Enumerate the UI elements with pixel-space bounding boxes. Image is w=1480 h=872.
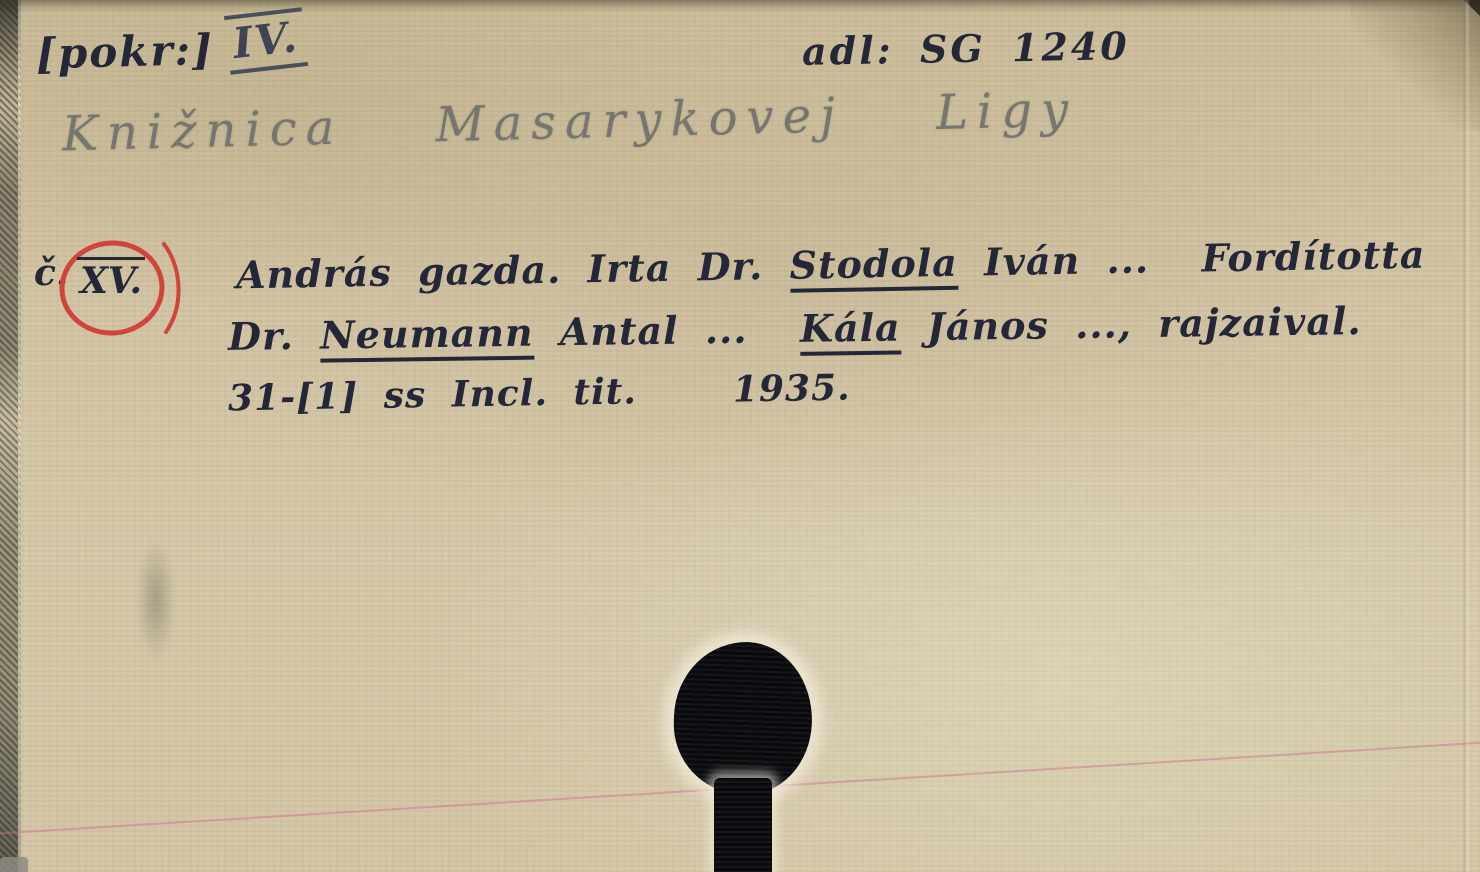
corner-shadow-top-right	[1350, 0, 1480, 130]
continuation-note: [pokr:]IV.	[35, 18, 306, 84]
illustrator-forename-and-note: János ..., rajzaival.	[900, 298, 1362, 349]
catalog-card: [pokr:]IV. adl: SG 1240 Knižnica Masaryk…	[0, 0, 1480, 872]
library-name-pencil-note: Knižnica Masarykovej Ligy	[61, 82, 1077, 163]
author-forename-and-translator-label: Iván ... Fordította	[957, 232, 1425, 285]
continuation-bracket: [pokr:]	[35, 25, 214, 79]
translator-forename: Antal ...	[533, 306, 800, 355]
entry-line-1: András gazda. Irta Dr. Stodola Iván ... …	[236, 232, 1426, 298]
corner-artifact-bottom-left	[0, 857, 28, 872]
entry-line-3: 31-[1] ss Incl. tit.1935.	[228, 367, 851, 420]
item-number: XV.	[72, 260, 150, 302]
paper-crease-right	[1462, 0, 1470, 872]
illustrator-surname-underlined: Kála	[800, 305, 901, 356]
scan-edge-left	[0, 0, 21, 872]
translator-surname-underlined: Neumann	[320, 310, 534, 363]
scan-edge-top	[0, 0, 1480, 13]
publication-year: 1935.	[733, 367, 851, 411]
red-circled-item-number: XV.	[56, 234, 200, 342]
collation-statement: 31-[1] ss Incl. tit.	[228, 370, 638, 419]
entry-line-2: Dr. Neumann Antal ... Kála János ..., ra…	[228, 298, 1362, 359]
volume-numeral: IV.	[224, 7, 308, 74]
translator-title: Dr.	[228, 313, 321, 359]
title-statement: András gazda. Irta Dr.	[236, 243, 790, 298]
punch-hole-slot	[714, 778, 772, 872]
accession-note: adl: SG 1240	[802, 23, 1131, 74]
author-surname-underlined: Stodola	[789, 240, 958, 293]
pencil-smudge	[136, 538, 176, 662]
punch-hole-head	[671, 640, 814, 797]
